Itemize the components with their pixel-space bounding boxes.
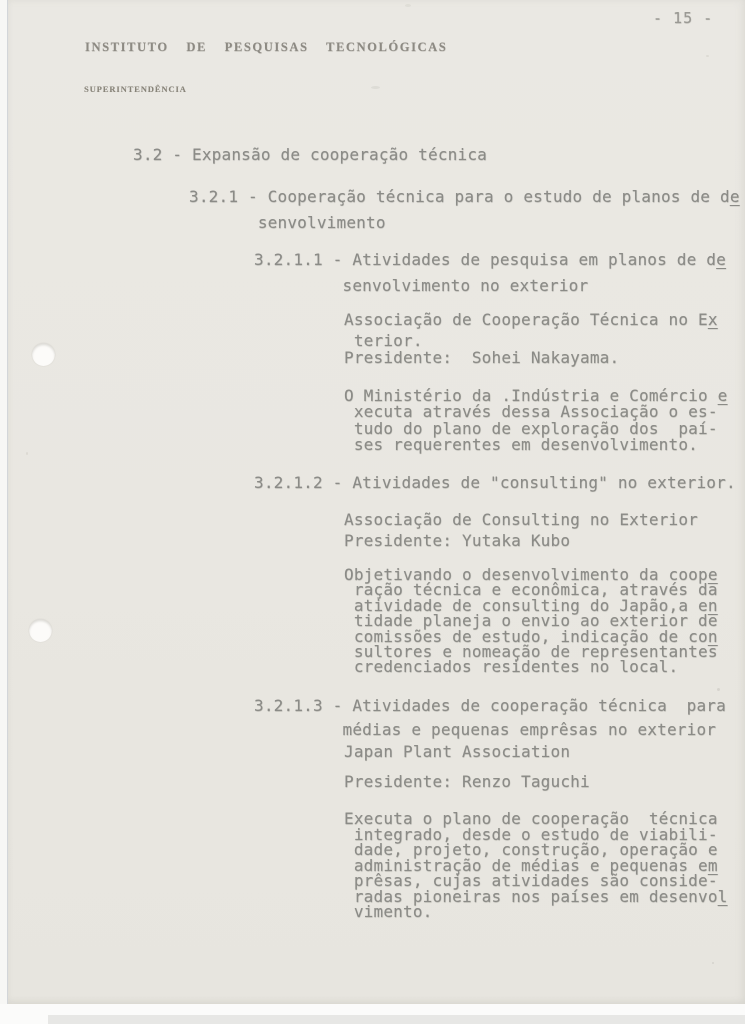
scan-speck (26, 452, 28, 455)
letterhead-department: SUPERINTENDÊNCIA (84, 84, 187, 94)
association-name-1: Associação de Cooperação Técnica no Ex t… (344, 309, 718, 351)
paragraph-executa: Executa o plano de cooperação técnica in… (344, 811, 728, 920)
punch-hole-top (32, 343, 55, 366)
section-heading-3-2: 3.2 - Expansão de cooperação técnica (133, 146, 487, 164)
president-line-1: Presidente: Sohei Nakayama. (344, 349, 619, 367)
section-heading-3-2-1: 3.2.1 - Cooperação técnica para o estudo… (189, 184, 740, 236)
punch-hole-bottom (29, 619, 52, 642)
scan-left-edge (0, 0, 7, 1010)
section-heading-3-2-1-2: 3.2.1.2 - Atividades de "consulting" no … (254, 474, 736, 492)
scan-bottom-strip (48, 1015, 745, 1024)
scan-speck (405, 4, 411, 7)
paragraph-objetivando: Objetivando o desenvolvimento da coope r… (344, 567, 718, 675)
scan-speck (717, 688, 720, 691)
president-line-3: Presidente: Renzo Taguchi (344, 773, 590, 791)
scan-speck (706, 55, 709, 57)
letterhead-institute-name: INSTITUTO DE PESQUISAS TECNOLÓGICAS (85, 40, 447, 55)
scan-speck (371, 86, 380, 89)
paper-sheet: - 15 - INSTITUTO DE PESQUISAS TECNOLÓGIC… (7, 0, 745, 1006)
paragraph-ministerio: O Ministério da .Indústria e Comércio e … (344, 388, 728, 453)
scanned-document-page: - 15 - INSTITUTO DE PESQUISAS TECNOLÓGIC… (0, 0, 745, 1024)
scan-speck (712, 962, 714, 964)
section-heading-3-2-1-3: 3.2.1.3 - Atividades de cooperação técni… (254, 694, 726, 742)
page-number: - 15 - (653, 10, 713, 27)
association-name-2: Associação de Consulting no Exterior Pre… (344, 510, 698, 551)
association-name-3: Japan Plant Association (344, 743, 570, 761)
section-heading-3-2-1-1: 3.2.1.1 - Atividades de pesquisa em plan… (254, 247, 726, 299)
